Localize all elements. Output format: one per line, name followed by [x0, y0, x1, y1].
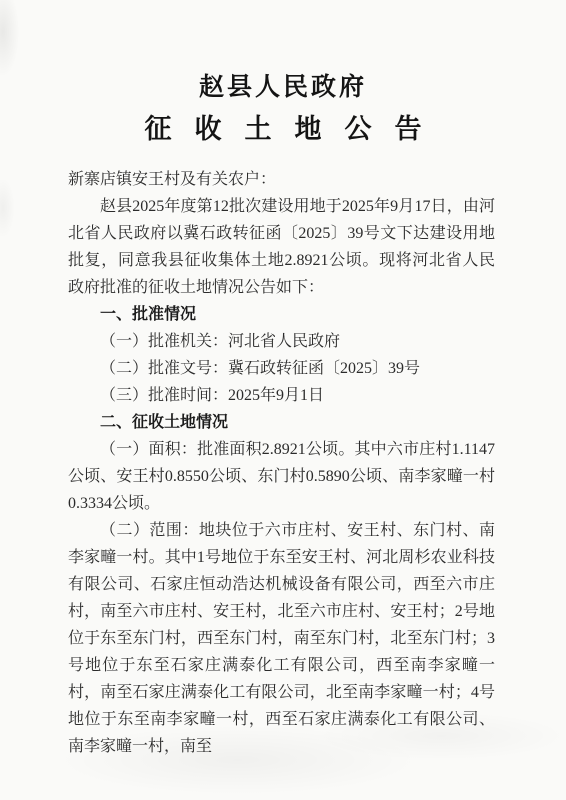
doc-issuer-title: 赵县人民政府	[0, 72, 566, 104]
approval-date-line: （三）批准时间：2025年9月1日	[68, 382, 495, 409]
section-2-heading: 二、征收土地情况	[68, 409, 495, 436]
title-block: 赵县人民政府 征收土地公告	[0, 72, 566, 148]
doc-title: 征收土地公告	[0, 110, 566, 148]
salutation-line: 新寨店镇安王村及有关农户：	[68, 166, 495, 193]
approval-authority-line: （一）批准机关：河北省人民政府	[68, 328, 495, 355]
document-body: 新寨店镇安王村及有关农户： 赵县2025年度第12批次建设用地于2025年9月1…	[68, 166, 495, 760]
approval-document-number-line: （二）批准文号：冀石政转征函〔2025〕39号	[68, 355, 495, 382]
document-page: 赵县人民政府 征收土地公告 新寨店镇安王村及有关农户： 赵县2025年度第12批…	[0, 0, 566, 800]
scope-paragraph: （二）范围：地块位于六市庄村、安王村、东门村、南李家疃一村。其中1号地位于东至安…	[68, 517, 495, 760]
intro-paragraph: 赵县2025年度第12批次建设用地于2025年9月17日，由河北省人民政府以冀石…	[68, 193, 495, 301]
area-paragraph: （一）面积：批准面积2.8921公顷。其中六市庄村1.1147公顷、安王村0.8…	[68, 436, 495, 517]
section-1-heading: 一、批准情况	[68, 301, 495, 328]
